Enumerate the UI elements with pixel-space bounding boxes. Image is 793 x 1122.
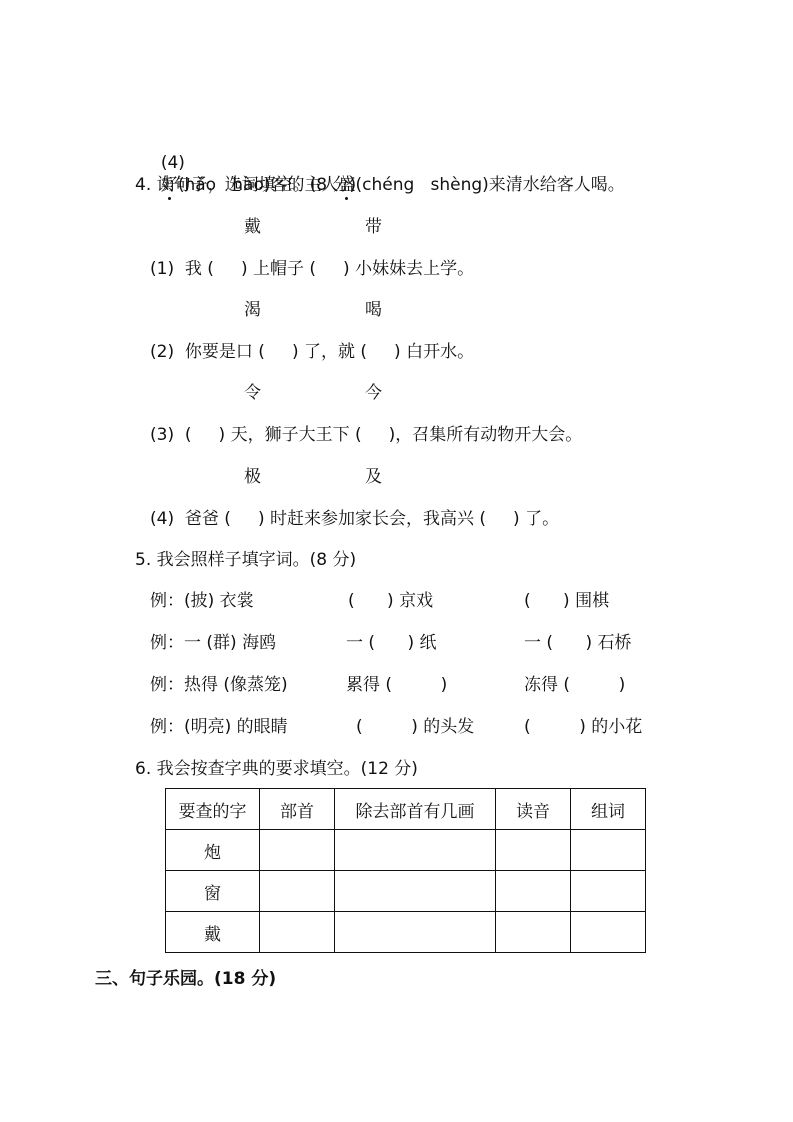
choice-word: 及 bbox=[365, 466, 382, 488]
answer-cell[interactable] bbox=[571, 912, 646, 953]
question-5-title: 5. 我会照样子填字词。(8 分) bbox=[135, 549, 356, 571]
answer-cell[interactable] bbox=[571, 830, 646, 871]
pinyin-options-sheng: (chéng shèng) bbox=[355, 175, 488, 195]
answer-cell[interactable] bbox=[335, 830, 496, 871]
choice-word: 令 bbox=[244, 382, 261, 404]
fill-cell: 冻得 ( ) bbox=[524, 674, 625, 696]
answer-cell[interactable] bbox=[496, 912, 571, 953]
fill-cell: ( ) 围棋 bbox=[524, 590, 609, 612]
fill-sentence-2: (2) 你要是口 ( ) 了，就 ( ) 白开水。 bbox=[150, 341, 474, 363]
example-cell: 例：(明亮) 的眼睛 bbox=[150, 716, 288, 738]
fill-cell: ( ) 的头发 bbox=[356, 716, 474, 738]
fill-cell: 累得 ( ) bbox=[346, 674, 447, 696]
answer-cell[interactable] bbox=[335, 871, 496, 912]
table-row: 戴 bbox=[166, 912, 646, 953]
choice-word: 今 bbox=[365, 382, 382, 404]
answer-cell[interactable] bbox=[260, 830, 335, 871]
answer-cell[interactable] bbox=[335, 912, 496, 953]
choice-word: 极 bbox=[244, 466, 261, 488]
table-row: 炮 bbox=[166, 830, 646, 871]
table-header-row: 要查的字 部首 除去部首有几画 读音 组词 bbox=[166, 789, 646, 830]
question-4-title: 4. 读句子，选词填空。(8 分) bbox=[135, 174, 356, 196]
char-cell: 戴 bbox=[166, 912, 260, 953]
example-cell: 例：一 (群) 海鸥 bbox=[150, 632, 276, 654]
section-3-heading: 三、句子乐园。(18 分) bbox=[95, 968, 276, 990]
fill-sentence-3: (3) ( ) 天，狮子大王下 ( )，召集所有动物开大会。 bbox=[150, 424, 582, 446]
char-cell: 炮 bbox=[166, 830, 260, 871]
answer-cell[interactable] bbox=[496, 871, 571, 912]
answer-cell[interactable] bbox=[496, 830, 571, 871]
choice-word: 戴 bbox=[244, 216, 261, 238]
header-cell: 读音 bbox=[496, 789, 571, 830]
fill-cell: ( ) 的小花 bbox=[524, 716, 642, 738]
fill-cell: 一 ( ) 纸 bbox=[346, 632, 437, 654]
fill-cell: 一 ( ) 石桥 bbox=[524, 632, 632, 654]
fill-sentence-4: (4) 爸爸 ( ) 时赶来参加家长会，我高兴 ( ) 了。 bbox=[150, 508, 559, 530]
answer-cell[interactable] bbox=[260, 871, 335, 912]
sentence-tail: 来清水给客人喝。 bbox=[489, 175, 625, 195]
table-row: 窗 bbox=[166, 871, 646, 912]
answer-cell[interactable] bbox=[260, 912, 335, 953]
dictionary-table: 要查的字 部首 除去部首有几画 读音 组词 炮 窗 戴 bbox=[165, 788, 646, 953]
example-cell: 例：(披) 衣裳 bbox=[150, 590, 254, 612]
fill-cell: ( ) 京戏 bbox=[348, 590, 433, 612]
choice-word: 渴 bbox=[244, 299, 261, 321]
item-number: (4) bbox=[161, 153, 185, 173]
choice-word: 喝 bbox=[365, 299, 382, 321]
header-cell: 部首 bbox=[260, 789, 335, 830]
example-cell: 例：热得 (像蒸笼) bbox=[150, 674, 288, 696]
char-cell: 窗 bbox=[166, 871, 260, 912]
header-cell: 组词 bbox=[571, 789, 646, 830]
choice-word: 带 bbox=[365, 216, 382, 238]
fill-sentence-1: (1) 我 ( ) 上帽子 ( ) 小妹妹去上学。 bbox=[150, 258, 474, 280]
header-cell: 要查的字 bbox=[166, 789, 260, 830]
answer-cell[interactable] bbox=[571, 871, 646, 912]
header-cell: 除去部首有几画 bbox=[335, 789, 496, 830]
question-6-title: 6. 我会按查字典的要求填空。(12 分) bbox=[135, 758, 418, 780]
